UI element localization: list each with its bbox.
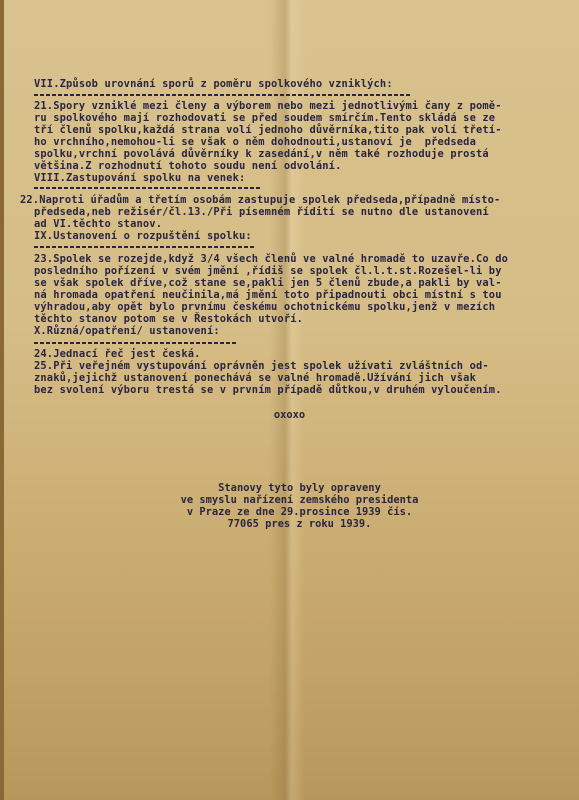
paragraph-23-line: 23.Spolek se rozejde,když 3/4 všech člen… <box>34 253 508 265</box>
paragraph-23-line: posledního pořízení v svém jmění ,řídiš … <box>34 265 502 277</box>
paragraph-23-line: těchto stanov potom se v Řestokách utvoř… <box>34 313 303 325</box>
footer-note-line: v Praze ze dne 29.prosince 1939 čís. <box>10 506 579 518</box>
heading-underline <box>34 342 236 344</box>
document-page: VII.Způsob urovnání sporů z poměru spolk… <box>0 0 579 800</box>
paragraph-21-line: ru spolkového mají rozhodovati se před s… <box>34 112 495 124</box>
section-viii-heading: VIII.Zastupování spolku na venek: <box>34 172 245 184</box>
section-vii-heading: VII.Způsob urovnání sporů z poměru spolk… <box>34 78 393 90</box>
heading-underline <box>34 94 412 96</box>
footer-note-line: Stanovy tyto byly opraveny <box>10 482 579 494</box>
heading-underline <box>34 187 262 189</box>
paragraph-25-line: bez svolení výboru trestá se v prvním př… <box>34 384 502 396</box>
footer-note-line: 77065 pres z roku 1939. <box>10 518 579 530</box>
paragraph-23-line: se však spolek dříve,což stane se,pakli … <box>34 277 502 289</box>
paragraph-25-line: 25.Při veřejném vystupování oprávněn jes… <box>34 360 489 372</box>
paragraph-23-line: ná hromada opatření neučinila,má jmění t… <box>34 289 502 301</box>
heading-underline <box>34 246 256 248</box>
paragraph-25-line: znaků,jejichž ustanovení ponechává se va… <box>34 372 476 384</box>
paragraph-22-line: 22.Naproti úřadům a třetím osobám zastup… <box>20 194 500 206</box>
paragraph-21-line: ho vrchního,nemohou-li se však o něm doh… <box>34 136 476 148</box>
paragraph-21-line: tří členů spolku,každá strana volí jedno… <box>34 124 502 136</box>
footer-note-line: ve smyslu nařízení zemského presidenta <box>10 494 579 506</box>
paragraph-21-line: spolku,vrchní povolává důvěrníky k zased… <box>34 148 489 160</box>
paragraph-24: 24.Jednací řeč jest česká. <box>34 348 201 360</box>
paragraph-21-line: většina.Z rozhodnutí tohoto soudu není o… <box>34 160 341 172</box>
paragraph-23-line: výhradou,aby opět bylo prvnímu českému o… <box>34 301 495 313</box>
section-ix-heading: IX.Ustanovení o rozpuštění spolku: <box>34 230 252 242</box>
paragraph-22-line: předseda,neb režisér/čl.13./Při písemném… <box>34 206 489 218</box>
section-x-heading: X.Různá/opatření/ ustanovení: <box>34 325 220 337</box>
paragraph-22-line: ad VI.těchto stanov. <box>34 218 162 230</box>
paragraph-21-line: 21.Spory vzniklé mezi členy a výborem ne… <box>34 100 502 112</box>
separator-mark: oxoxo <box>0 409 579 421</box>
paper-edge <box>0 0 4 800</box>
